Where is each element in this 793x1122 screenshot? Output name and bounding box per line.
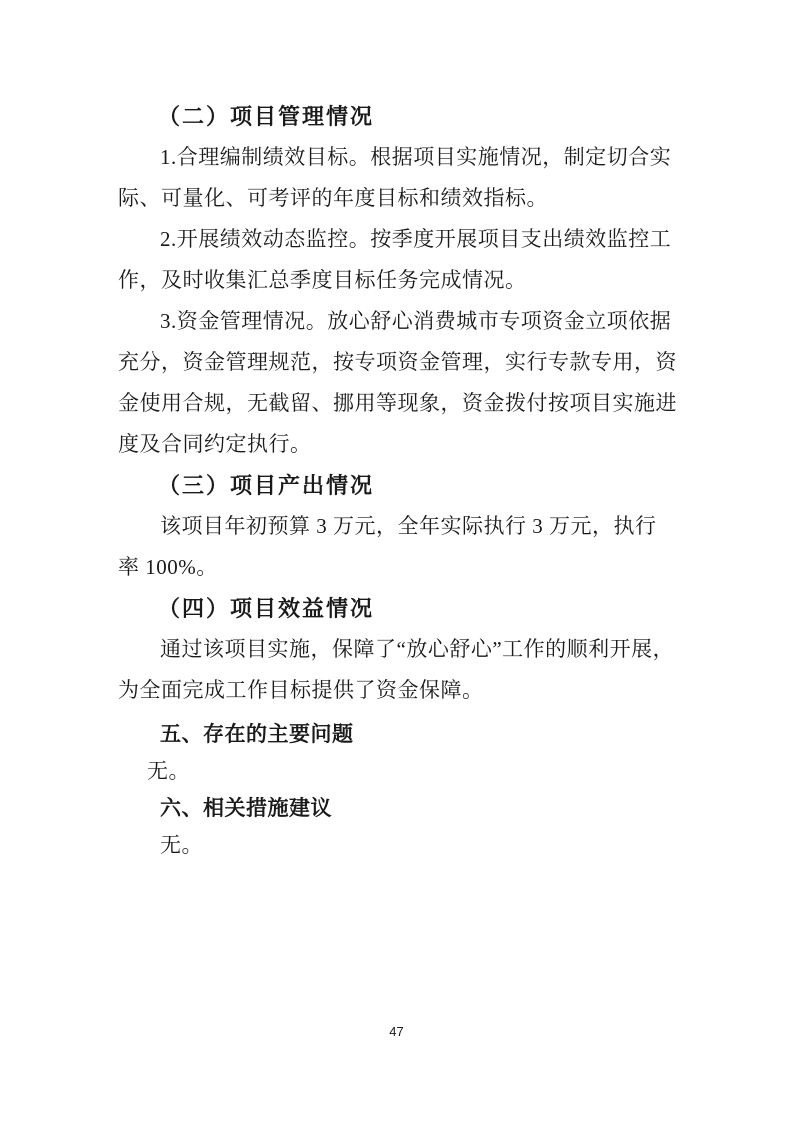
paragraph-line: 1.合理编制绩效目标。根据项目实施情况，制定切合实 [118,137,676,178]
section-heading-measures-suggestions: 六、相关措施建议 [118,790,676,827]
section-heading-main-problems: 五、存在的主要问题 [118,716,676,753]
paragraph-line: 充分，资金管理规范，按专项资金管理，实行专款专用，资 [118,342,676,383]
report-section-block: （二）项目管理情况 1.合理编制绩效目标。根据项目实施情况，制定切合实 际、可量… [118,96,676,711]
paragraph-line: 率 100%。 [118,547,676,588]
paragraph-line: 无。 [118,753,676,790]
paragraph-line: 该项目年初预算 3 万元，全年实际执行 3 万元，执行 [118,506,676,547]
paragraph-line: 金使用合规，无截留、挪用等现象，资金拨付按项目实施进 [118,383,676,424]
paragraph-line: 际、可量化、可考评的年度目标和绩效指标。 [118,178,676,219]
paragraph-line: 为全面完成工作目标提供了资金保障。 [118,670,676,711]
paragraph-line: 2.开展绩效动态监控。按季度开展项目支出绩效监控工 [118,219,676,260]
report-tail-block: 五、存在的主要问题 无。 六、相关措施建议 无。 [118,716,676,864]
section-heading-project-output: （三）项目产出情况 [118,465,676,506]
paragraph-line: 无。 [118,827,676,864]
paragraph-line: 作，及时收集汇总季度目标任务完成情况。 [118,260,676,301]
paragraph-line: 通过该项目实施，保障了“放心舒心”工作的顺利开展， [118,629,676,670]
paragraph-line: 3.资金管理情况。放心舒心消费城市专项资金立项依据 [118,301,676,342]
section-heading-project-management: （二）项目管理情况 [118,96,676,137]
paragraph-line: 度及合同约定执行。 [118,424,676,465]
page-number: 47 [0,1024,793,1039]
document-page: （二）项目管理情况 1.合理编制绩效目标。根据项目实施情况，制定切合实 际、可量… [0,0,793,1122]
section-heading-project-benefit: （四）项目效益情况 [118,588,676,629]
document-body: （二）项目管理情况 1.合理编制绩效目标。根据项目实施情况，制定切合实 际、可量… [118,96,676,864]
